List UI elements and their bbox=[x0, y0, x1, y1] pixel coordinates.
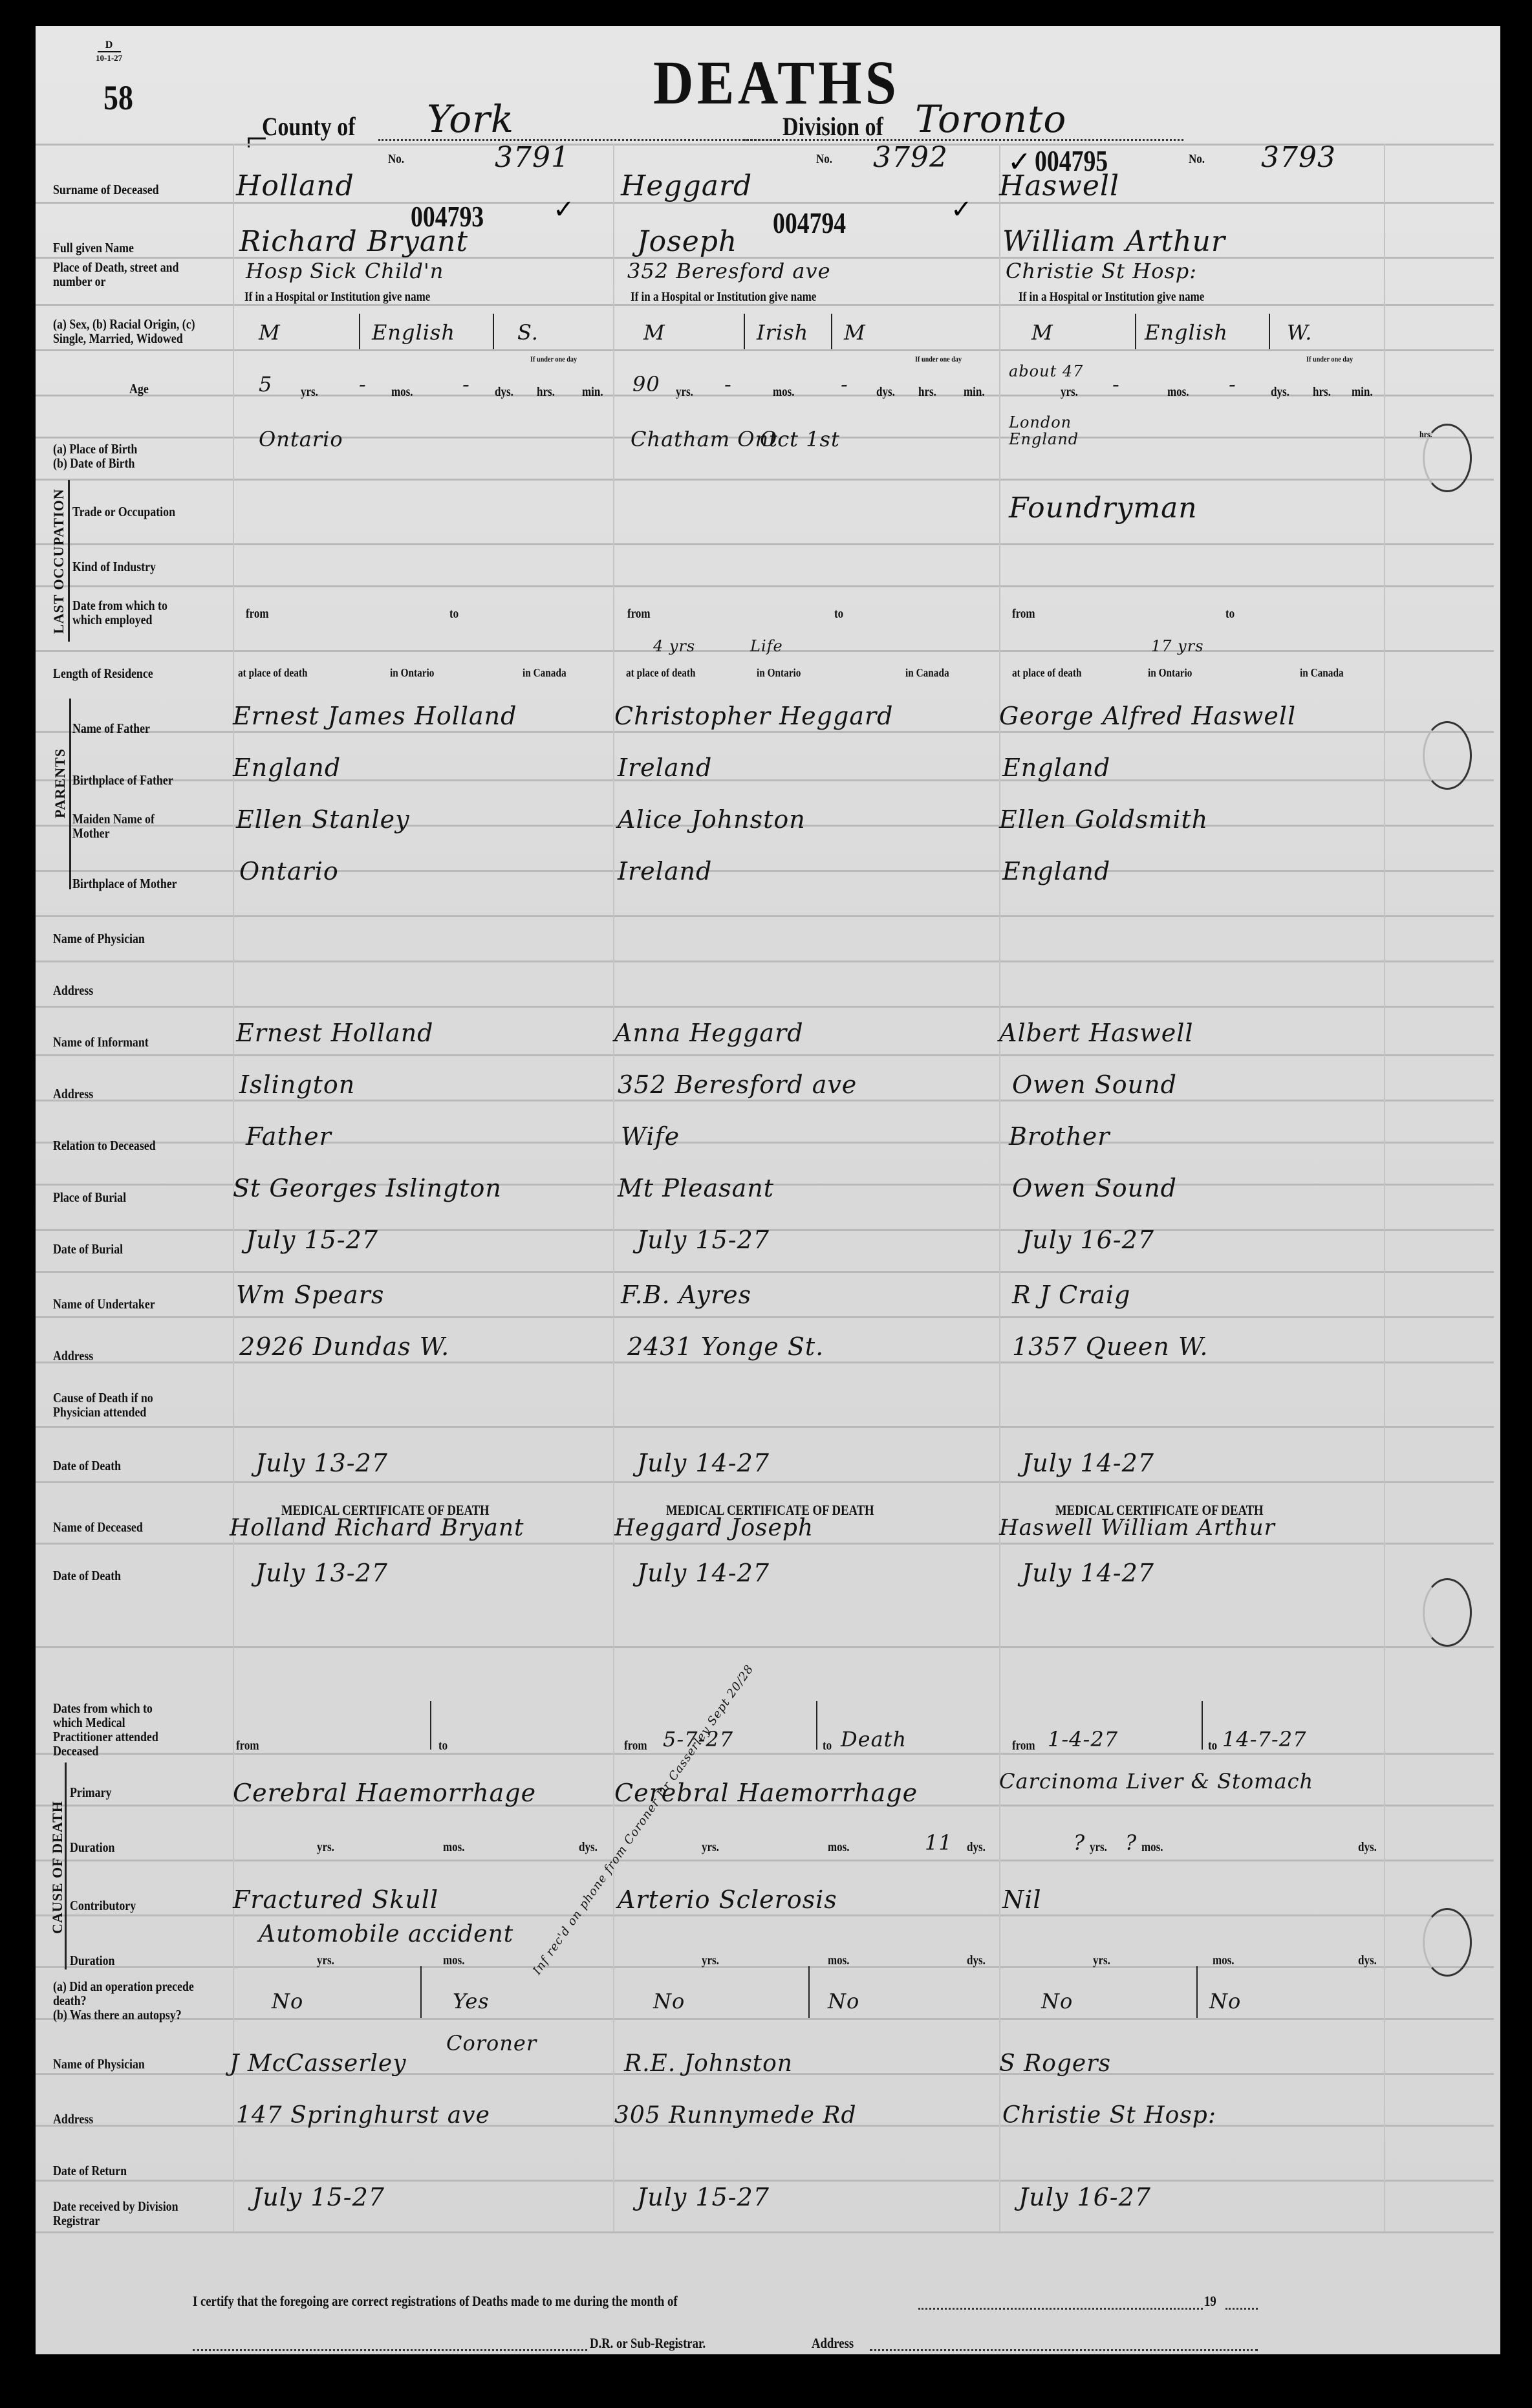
from-label: from bbox=[236, 1739, 259, 1753]
autopsy: Yes bbox=[453, 1989, 490, 2013]
cell-divider bbox=[430, 1701, 431, 1750]
undertaker-address: 2926 Dundas W. bbox=[239, 1332, 449, 1361]
label-mother-maiden: Maiden Name of Mother bbox=[72, 812, 177, 840]
father-birthplace: England bbox=[233, 754, 341, 782]
scan-border bbox=[1500, 0, 1532, 2408]
row-divider bbox=[36, 349, 1494, 351]
residence-ontario: Life bbox=[750, 637, 783, 655]
place-of-death: 352 Beresford ave bbox=[627, 259, 831, 283]
label-informant: Name of Informant bbox=[53, 1035, 149, 1049]
mother-birthplace: Ontario bbox=[239, 857, 339, 885]
yrs-label: yrs. bbox=[317, 1840, 334, 1855]
cert-date: July 13-27 bbox=[255, 1559, 388, 1587]
no-label: No. bbox=[816, 152, 832, 167]
min-label: min. bbox=[1352, 385, 1373, 400]
to-label: to bbox=[449, 607, 459, 622]
to-label: to bbox=[438, 1739, 448, 1753]
surname: Holland bbox=[236, 169, 354, 202]
label-cause-no-physician: Cause of Death if no Physician attended bbox=[53, 1391, 180, 1419]
row-divider bbox=[36, 1361, 1494, 1363]
row-divider bbox=[36, 1860, 1494, 1861]
attended-from: 5-7-27 bbox=[663, 1727, 733, 1752]
label-name-of-deceased: Name of Deceased bbox=[53, 1520, 143, 1534]
mother-birthplace: England bbox=[1002, 857, 1110, 885]
punch-hole-icon bbox=[1423, 721, 1472, 790]
given-name: Joseph bbox=[637, 225, 737, 258]
contributory-cause: Fractured Skull bbox=[233, 1885, 438, 1914]
label-burial-date: Date of Burial bbox=[53, 1242, 123, 1256]
burial-place: Mt Pleasant bbox=[618, 1174, 774, 1202]
yrs-label: yrs. bbox=[317, 1953, 334, 1968]
in-ontario-label: in Ontario bbox=[390, 666, 434, 680]
age-months: - bbox=[724, 372, 732, 396]
under-one-day-label: If under one day bbox=[915, 354, 962, 364]
row-divider bbox=[36, 960, 1494, 962]
physician-name: J McCasserley bbox=[230, 2050, 407, 2077]
cell-divider bbox=[744, 314, 745, 349]
row-divider bbox=[36, 1100, 1494, 1101]
from-label: from bbox=[627, 607, 651, 622]
label-operation-autopsy: (a) Did an operation precede death? (b) … bbox=[53, 1979, 213, 2022]
year-prefix: 19 bbox=[1204, 2293, 1216, 2310]
primary-duration-months: ? bbox=[1125, 1830, 1137, 1855]
row-divider bbox=[36, 731, 1494, 733]
relation: Brother bbox=[1009, 1122, 1110, 1151]
from-label: from bbox=[624, 1739, 647, 1753]
label-sex-race-status: (a) Sex, (b) Racial Origin, (c) Single, … bbox=[53, 317, 207, 345]
operation: No bbox=[272, 1989, 303, 2013]
relation: Wife bbox=[621, 1122, 680, 1151]
column-divider bbox=[1384, 144, 1385, 2231]
mother-birthplace: Ireland bbox=[618, 857, 712, 885]
tick-mark-icon: ✓ bbox=[553, 194, 575, 224]
row-divider bbox=[36, 2231, 1494, 2233]
trade: Foundryman bbox=[1009, 492, 1198, 525]
yrs-label: yrs. bbox=[301, 385, 318, 400]
row-divider bbox=[36, 1316, 1494, 1318]
dys-label: dys. bbox=[967, 1953, 986, 1968]
mos-label: mos. bbox=[773, 385, 795, 400]
label-undertaker: Name of Undertaker bbox=[53, 1297, 155, 1311]
label-undertaker-address: Address bbox=[53, 1349, 93, 1363]
cell-divider bbox=[1202, 1701, 1203, 1750]
cell-divider bbox=[831, 314, 832, 349]
undertaker-address: 2431 Yonge St. bbox=[627, 1332, 824, 1361]
undertaker: F.B. Ayres bbox=[621, 1281, 751, 1309]
physician-name: S Rogers bbox=[999, 2050, 1111, 2077]
informant-name: Anna Heggard bbox=[614, 1019, 804, 1047]
label-cert-date-of-death: Date of Death bbox=[53, 1568, 121, 1583]
check-mark-icon: ⌐ bbox=[246, 116, 268, 161]
dys-label: dys. bbox=[495, 385, 513, 400]
hrs-label: hrs. bbox=[1313, 385, 1331, 400]
label-mother-birthplace: Birthplace of Mother bbox=[72, 876, 177, 891]
label-industry: Kind of Industry bbox=[72, 559, 156, 574]
physician-name: R.E. Johnston bbox=[624, 2050, 793, 2077]
yrs-label: yrs. bbox=[1061, 385, 1078, 400]
no-label: No. bbox=[388, 152, 404, 167]
mos-label: mos. bbox=[391, 385, 413, 400]
age-months: - bbox=[1112, 372, 1120, 396]
registrar-signature-line[interactable] bbox=[193, 2349, 587, 2351]
age-months: - bbox=[359, 372, 367, 396]
punch-hole-icon bbox=[1423, 1578, 1472, 1647]
label-physician-address: Address bbox=[53, 2112, 93, 2126]
bracket bbox=[65, 1763, 67, 1969]
sex: M bbox=[1031, 320, 1053, 345]
dys-label: dys. bbox=[876, 385, 895, 400]
hrs-label: hrs. bbox=[537, 385, 555, 400]
cell-divider bbox=[1196, 1966, 1198, 2018]
undertaker: Wm Spears bbox=[236, 1281, 384, 1309]
month-dotted-line[interactable] bbox=[918, 2308, 1203, 2310]
from-label: from bbox=[246, 607, 269, 622]
cert-date: July 14-27 bbox=[1022, 1559, 1154, 1587]
dys-label: dys. bbox=[967, 1840, 986, 1855]
year-dotted-line[interactable] bbox=[1225, 2308, 1258, 2310]
hrs-label: hrs. bbox=[918, 385, 936, 400]
date-received: July 15-27 bbox=[637, 2183, 770, 2211]
father-birthplace: England bbox=[1002, 754, 1110, 782]
county-dotted-line bbox=[378, 139, 779, 141]
row-divider bbox=[36, 1543, 1494, 1545]
age-days: - bbox=[841, 372, 848, 396]
record-number: 3793 bbox=[1261, 141, 1336, 174]
from-label: from bbox=[1012, 607, 1035, 622]
cert-name: Haswell William Arthur bbox=[999, 1515, 1275, 1541]
burial-date: July 15-27 bbox=[637, 1226, 770, 1254]
row-divider bbox=[36, 2018, 1494, 2020]
age-years: 90 bbox=[632, 372, 660, 396]
row-divider bbox=[36, 543, 1494, 545]
birth-place: London England bbox=[1009, 414, 1125, 448]
surname: Heggard bbox=[621, 169, 752, 202]
row-divider bbox=[36, 1426, 1494, 1428]
no-label: No. bbox=[1189, 152, 1205, 167]
racial-origin: English bbox=[372, 320, 455, 345]
physician-address: 305 Runnymede Rd bbox=[614, 2102, 857, 2129]
row-divider bbox=[36, 479, 1494, 481]
label-parents: PARENTS bbox=[52, 748, 69, 818]
cert-name: Holland Richard Bryant bbox=[230, 1515, 524, 1541]
informant-name: Ernest Holland bbox=[236, 1019, 434, 1047]
label-age: Age bbox=[129, 382, 149, 396]
label-physician-cert: Name of Physician bbox=[53, 2057, 145, 2071]
marital-status: M bbox=[844, 320, 866, 345]
in-canada-label: in Canada bbox=[905, 666, 949, 680]
marital-status: W. bbox=[1287, 320, 1312, 345]
residence-place: 4 yrs bbox=[653, 637, 695, 655]
surname: Haswell bbox=[999, 169, 1119, 202]
form-code: D 10-1-27 bbox=[96, 40, 122, 63]
autopsy: No bbox=[1209, 1989, 1241, 2013]
mos-label: mos. bbox=[828, 1840, 850, 1855]
row-divider bbox=[36, 2180, 1494, 2182]
hospital-hint: If in a Hospital or Institution give nam… bbox=[1019, 290, 1204, 305]
attended-to: Death bbox=[841, 1727, 907, 1752]
burial-date: July 16-27 bbox=[1022, 1226, 1154, 1254]
yrs-label: yrs. bbox=[1090, 1840, 1107, 1855]
age-years: 5 bbox=[259, 372, 272, 396]
cell-divider bbox=[1269, 314, 1270, 349]
min-label: min. bbox=[964, 385, 985, 400]
burial-place: St Georges Islington bbox=[233, 1174, 502, 1202]
division-value: Toronto bbox=[915, 97, 1066, 141]
racial-origin: Irish bbox=[757, 320, 808, 345]
label-last-occupation: LAST OCCUPATION bbox=[50, 488, 67, 634]
column-divider bbox=[999, 144, 1000, 2231]
label-place-of-death: Place of Death, street and number or bbox=[53, 260, 196, 288]
age-days: - bbox=[462, 372, 470, 396]
dys-label: dys. bbox=[1271, 385, 1289, 400]
label-physician: Name of Physician bbox=[53, 931, 145, 946]
label-residence: Length of Residence bbox=[53, 666, 153, 680]
division-dotted-line bbox=[744, 139, 1183, 141]
label-burial-place: Place of Burial bbox=[53, 1190, 126, 1204]
informant-address: Islington bbox=[239, 1070, 355, 1099]
row-divider bbox=[36, 1914, 1494, 1916]
father-name: George Alfred Haswell bbox=[999, 702, 1296, 730]
dys-label: dys. bbox=[1358, 1840, 1377, 1855]
under-one-day-label: If under one day bbox=[1306, 354, 1353, 364]
primary-cause: Cerebral Haemorrhage bbox=[233, 1779, 536, 1807]
mother-maiden-name: Ellen Stanley bbox=[236, 805, 410, 834]
birth-place: Ontario bbox=[259, 427, 343, 451]
row-divider bbox=[36, 1006, 1494, 1008]
label-date-received: Date received by Division Registrar bbox=[53, 2199, 180, 2228]
label-address: Address bbox=[53, 983, 93, 997]
yrs-label: yrs. bbox=[676, 385, 693, 400]
yrs-label: yrs. bbox=[1093, 1953, 1110, 1968]
from-label: from bbox=[1012, 1739, 1035, 1753]
row-divider bbox=[36, 1054, 1494, 1056]
hospital-hint: If in a Hospital or Institution give nam… bbox=[244, 290, 430, 305]
relation: Father bbox=[246, 1122, 332, 1151]
label-date-of-return: Date of Return bbox=[53, 2164, 127, 2178]
row-divider bbox=[36, 585, 1494, 587]
to-label: to bbox=[1208, 1739, 1217, 1753]
dys-label: dys. bbox=[579, 1840, 598, 1855]
punch-hole-icon bbox=[1423, 1908, 1472, 1977]
county-value: York bbox=[427, 97, 514, 141]
to-label: to bbox=[1225, 607, 1235, 622]
label-given-name: Full given Name bbox=[53, 241, 134, 255]
cell-divider bbox=[420, 1966, 422, 2018]
yrs-label: yrs. bbox=[702, 1953, 719, 1968]
cell-divider bbox=[493, 314, 494, 349]
cell-divider bbox=[808, 1966, 810, 2018]
informant-name: Albert Haswell bbox=[999, 1019, 1194, 1047]
birth-place: Chatham Ont bbox=[631, 427, 778, 451]
primary-duration-days: 11 bbox=[925, 1830, 953, 1855]
physician-address: 147 Springhurst ave bbox=[236, 2102, 490, 2129]
birth-date: Oct 1st bbox=[760, 427, 840, 451]
sex: M bbox=[259, 320, 281, 345]
given-name: William Arthur bbox=[1002, 225, 1225, 258]
label-attended: Dates from which to which Medical Practi… bbox=[53, 1701, 174, 1758]
place-of-death: Hosp Sick Child'n bbox=[246, 259, 444, 283]
residence-ontario: 17 yrs bbox=[1151, 637, 1204, 655]
age-days: - bbox=[1229, 372, 1236, 396]
record-number: 3791 bbox=[495, 141, 570, 174]
in-canada-label: in Canada bbox=[523, 666, 566, 680]
burial-date: July 15-27 bbox=[246, 1226, 378, 1254]
page-number: 58 bbox=[103, 78, 133, 118]
row-divider bbox=[36, 1271, 1494, 1273]
cert-date: July 14-27 bbox=[637, 1559, 770, 1587]
mos-label: mos. bbox=[443, 1953, 465, 1968]
county-label: County of bbox=[262, 111, 356, 142]
row-divider bbox=[36, 915, 1494, 917]
label-primary: Primary bbox=[70, 1785, 111, 1799]
physician-address: Christie St Hosp: bbox=[1002, 2102, 1216, 2129]
label-father-name: Name of Father bbox=[72, 721, 150, 735]
label-date-of-death: Date of Death bbox=[53, 1459, 121, 1473]
attended-from: 1-4-27 bbox=[1048, 1727, 1118, 1752]
margin-hrs-label: hrs. bbox=[1419, 430, 1432, 440]
dys-label: dys. bbox=[1358, 1953, 1377, 1968]
to-label: to bbox=[823, 1739, 832, 1753]
label-primary-duration: Duration bbox=[70, 1840, 114, 1854]
label-surname: Surname of Deceased bbox=[53, 182, 159, 197]
informant-address: Owen Sound bbox=[1012, 1070, 1177, 1099]
in-ontario-label: in Ontario bbox=[757, 666, 801, 680]
label-birth: (a) Place of Birth (b) Date of Birth bbox=[53, 442, 218, 470]
certify-text: I certify that the foregoing are correct… bbox=[193, 2293, 678, 2310]
registrar-address-label: Address bbox=[812, 2335, 854, 2352]
label-informant-address: Address bbox=[53, 1087, 93, 1101]
column-divider bbox=[613, 144, 614, 2231]
mother-maiden-name: Alice Johnston bbox=[618, 805, 806, 834]
mos-label: mos. bbox=[828, 1953, 850, 1968]
label-relation: Relation to Deceased bbox=[53, 1138, 156, 1153]
date-of-death: July 13-27 bbox=[255, 1449, 388, 1477]
min-label: min. bbox=[582, 385, 603, 400]
date-received: July 15-27 bbox=[252, 2183, 385, 2211]
father-birthplace: Ireland bbox=[618, 754, 712, 782]
given-name: Richard Bryant bbox=[239, 225, 468, 258]
division-label: Division of bbox=[782, 111, 883, 142]
page-title: DEATHS bbox=[653, 47, 900, 118]
hospital-hint: If in a Hospital or Institution give nam… bbox=[631, 290, 816, 305]
mos-label: mos. bbox=[1167, 385, 1189, 400]
autopsy: No bbox=[828, 1989, 859, 2013]
contributory-cause: Arterio Sclerosis bbox=[618, 1885, 837, 1914]
label-trade: Trade or Occupation bbox=[72, 504, 175, 519]
cert-name: Heggard Joseph bbox=[614, 1515, 814, 1541]
undertaker-address: 1357 Queen W. bbox=[1012, 1332, 1208, 1361]
row-divider bbox=[36, 1481, 1494, 1483]
undertaker: R J Craig bbox=[1012, 1281, 1130, 1309]
label-father-birthplace: Birthplace of Father bbox=[72, 773, 173, 787]
row-divider bbox=[36, 1966, 1494, 1968]
date-received: July 16-27 bbox=[1019, 2183, 1151, 2211]
mos-label: mos. bbox=[1213, 1953, 1235, 1968]
sex: M bbox=[643, 320, 665, 345]
registrar-label: D.R. or Sub-Registrar. bbox=[590, 2335, 706, 2352]
date-of-death: July 14-27 bbox=[637, 1449, 770, 1477]
father-name: Christopher Heggard bbox=[614, 702, 893, 730]
father-name: Ernest James Holland bbox=[233, 702, 517, 730]
label-contributory-duration: Duration bbox=[70, 1953, 114, 1968]
primary-cause: Carcinoma Liver & Stomach bbox=[999, 1769, 1313, 1794]
label-employed: Date from which to which employed bbox=[72, 598, 188, 627]
operation: No bbox=[1041, 1989, 1073, 2013]
bracket bbox=[69, 699, 71, 889]
at-place-label: at place of death bbox=[1012, 666, 1082, 680]
contributory-note: Automobile accident bbox=[259, 1921, 513, 1947]
age-years: about 47 bbox=[1009, 362, 1083, 380]
burial-place: Owen Sound bbox=[1012, 1174, 1177, 1202]
record-number: 3792 bbox=[873, 141, 948, 174]
mos-label: mos. bbox=[1141, 1840, 1163, 1855]
bracket bbox=[68, 480, 70, 642]
date-of-death: July 14-27 bbox=[1022, 1449, 1154, 1477]
contributory-cause: Nil bbox=[1002, 1885, 1042, 1914]
mother-maiden-name: Ellen Goldsmith bbox=[999, 805, 1208, 834]
yrs-label: yrs. bbox=[702, 1840, 719, 1855]
primary-cause: Cerebral Haemorrhage bbox=[614, 1779, 918, 1807]
marital-status: S. bbox=[517, 320, 539, 345]
cell-divider bbox=[359, 314, 360, 349]
cell-divider bbox=[1135, 314, 1136, 349]
to-label: to bbox=[834, 607, 843, 622]
operation: No bbox=[653, 1989, 685, 2013]
in-ontario-label: in Ontario bbox=[1148, 666, 1192, 680]
in-canada-label: in Canada bbox=[1300, 666, 1344, 680]
tick-mark-icon: ✓ bbox=[951, 194, 973, 224]
attended-to: 14-7-27 bbox=[1222, 1727, 1306, 1752]
primary-duration-years: ? bbox=[1073, 1830, 1085, 1855]
at-place-label: at place of death bbox=[626, 666, 696, 680]
cell-divider bbox=[816, 1701, 817, 1750]
mos-label: mos. bbox=[443, 1840, 465, 1855]
row-divider bbox=[36, 1646, 1494, 1648]
coroner-note: Coroner bbox=[446, 2031, 537, 2055]
under-one-day-label: If under one day bbox=[530, 354, 577, 364]
informant-address: 352 Beresford ave bbox=[618, 1070, 857, 1099]
racial-origin: English bbox=[1145, 320, 1228, 345]
label-contributory: Contributory bbox=[70, 1898, 136, 1913]
registrar-address-line[interactable] bbox=[870, 2349, 1258, 2351]
at-place-label: at place of death bbox=[238, 666, 308, 680]
label-cause-of-death: CAUSE OF DEATH bbox=[49, 1801, 66, 1934]
place-of-death: Christie St Hosp: bbox=[1006, 259, 1197, 283]
registration-stamp: 004794 bbox=[773, 206, 846, 240]
